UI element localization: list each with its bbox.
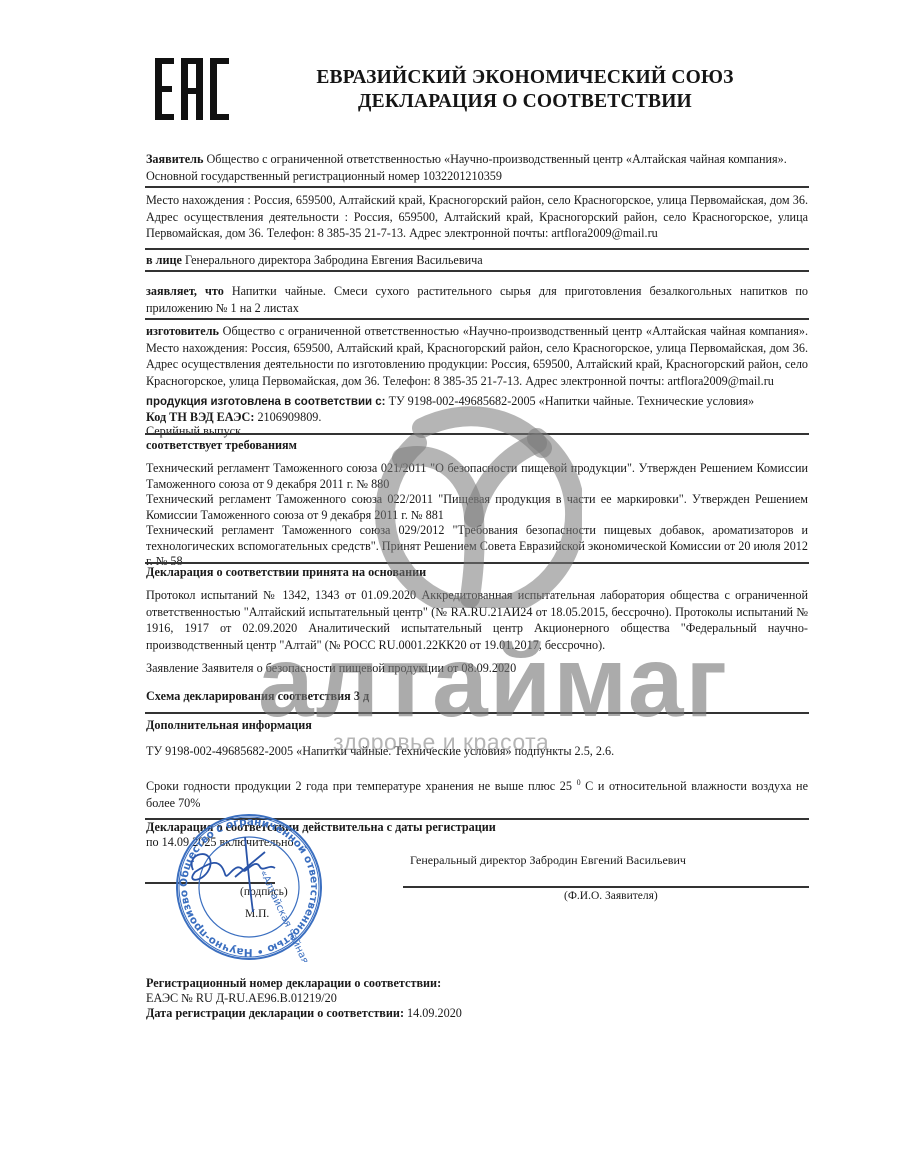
- applicant-label: Заявитель: [146, 152, 203, 166]
- basis-section: Декларация о соответствии принята на осн…: [146, 564, 808, 581]
- registration-date: 14.09.2020: [407, 1006, 462, 1020]
- production-section: продукция изготовлена в соответствии с: …: [146, 394, 808, 439]
- manufacturer-label: изготовитель: [146, 324, 219, 338]
- company-seal-icon: Общество с ограниченной ответственностью…: [165, 812, 333, 962]
- representative-text: Генерального директора Забродина Евгения…: [185, 253, 483, 267]
- declares-section: заявляет, что Напитки чайные. Смеси сухо…: [146, 283, 808, 316]
- requirements-label: соответствует требованиям: [146, 438, 297, 452]
- divider: [145, 270, 809, 272]
- production-text: ТУ 9198-002-49685682-2005 «Напитки чайны…: [389, 394, 755, 408]
- name-line: [403, 886, 809, 888]
- production-label: продукция изготовлена в соответствии с:: [146, 396, 386, 408]
- divider: [145, 248, 809, 250]
- divider: [145, 318, 809, 320]
- additional-section: Дополнительная информация: [146, 717, 808, 734]
- scheme-section: Схема декларирования соответствия 3 д: [146, 688, 808, 705]
- representative-section: в лице Генерального директора Забродина …: [146, 252, 808, 269]
- divider: [145, 186, 809, 188]
- applicant-ogrn: Основной государственный регистрационный…: [146, 169, 502, 183]
- declaration-title: ДЕКЛАРАЦИЯ О СООТВЕТСТВИИ: [270, 90, 780, 114]
- requirements-list: Технический регламент Таможенного союза …: [146, 461, 808, 570]
- hs-code-label: Код ТН ВЭД ЕАЭС:: [146, 410, 254, 424]
- manufacturer-section: изготовитель Общество с ограниченной отв…: [146, 323, 808, 389]
- applicant-text: Общество с ограниченной ответственностью…: [206, 152, 786, 166]
- registration-number: ЕАЭС № RU Д-RU.АЕ96.В.01219/20: [146, 991, 337, 1005]
- manufacturer-text: Общество с ограниченной ответственностью…: [146, 324, 808, 388]
- scheme-value: 3 д: [354, 689, 369, 703]
- document-header: ЕВРАЗИЙСКИЙ ЭКОНОМИЧЕСКИЙ СОЮЗ ДЕКЛАРАЦИ…: [270, 66, 780, 114]
- basis-label: Декларация о соответствии принята на осн…: [146, 565, 426, 579]
- additional-line-tu: ТУ 9198-002-49685682-2005 «Напитки чайны…: [146, 743, 808, 760]
- registration-section: Регистрационный номер декларации о соотв…: [146, 976, 808, 1021]
- regulation-item: Технический регламент Таможенного союза …: [146, 461, 808, 492]
- declares-text: Напитки чайные. Смеси сухого растительно…: [146, 284, 808, 315]
- declaration-page: ЕВРАЗИЙСКИЙ ЭКОНОМИЧЕСКИЙ СОЮЗ ДЕКЛАРАЦИ…: [0, 0, 900, 1165]
- signatory-name: Генеральный директор Забродин Евгений Ва…: [410, 852, 810, 869]
- requirements-section: соответствует требованиям: [146, 437, 808, 454]
- representative-label: в лице: [146, 253, 182, 267]
- registration-date-label: Дата регистрации декларации о соответств…: [146, 1006, 404, 1020]
- location-section: Место нахождения : Россия, 659500, Алтай…: [146, 192, 808, 242]
- additional-label: Дополнительная информация: [146, 718, 312, 732]
- divider: [145, 712, 809, 714]
- union-title: ЕВРАЗИЙСКИЙ ЭКОНОМИЧЕСКИЙ СОЮЗ: [270, 66, 780, 90]
- additional-line-shelf-life: Сроки годности продукции 2 года при темп…: [146, 775, 808, 811]
- applicant-section: Заявитель Общество с ограниченной ответс…: [146, 151, 808, 184]
- applicant-name-caption: (Ф.И.О. Заявителя): [564, 890, 658, 902]
- release-type: Серийный выпуск: [146, 424, 241, 438]
- registration-label: Регистрационный номер декларации о соотв…: [146, 976, 441, 990]
- scheme-label: Схема декларирования соответствия: [146, 689, 351, 703]
- eac-mark-icon: [155, 58, 230, 120]
- hs-code-value: 2106909809.: [257, 410, 321, 424]
- safety-statement: Заявление Заявителя о безопасности пищев…: [146, 660, 808, 677]
- regulation-item: Технический регламент Таможенного союза …: [146, 492, 808, 523]
- divider: [145, 433, 809, 435]
- declares-label: заявляет, что: [146, 284, 224, 298]
- basis-text: Протокол испытаний № 1342, 1343 от 01.09…: [146, 587, 808, 653]
